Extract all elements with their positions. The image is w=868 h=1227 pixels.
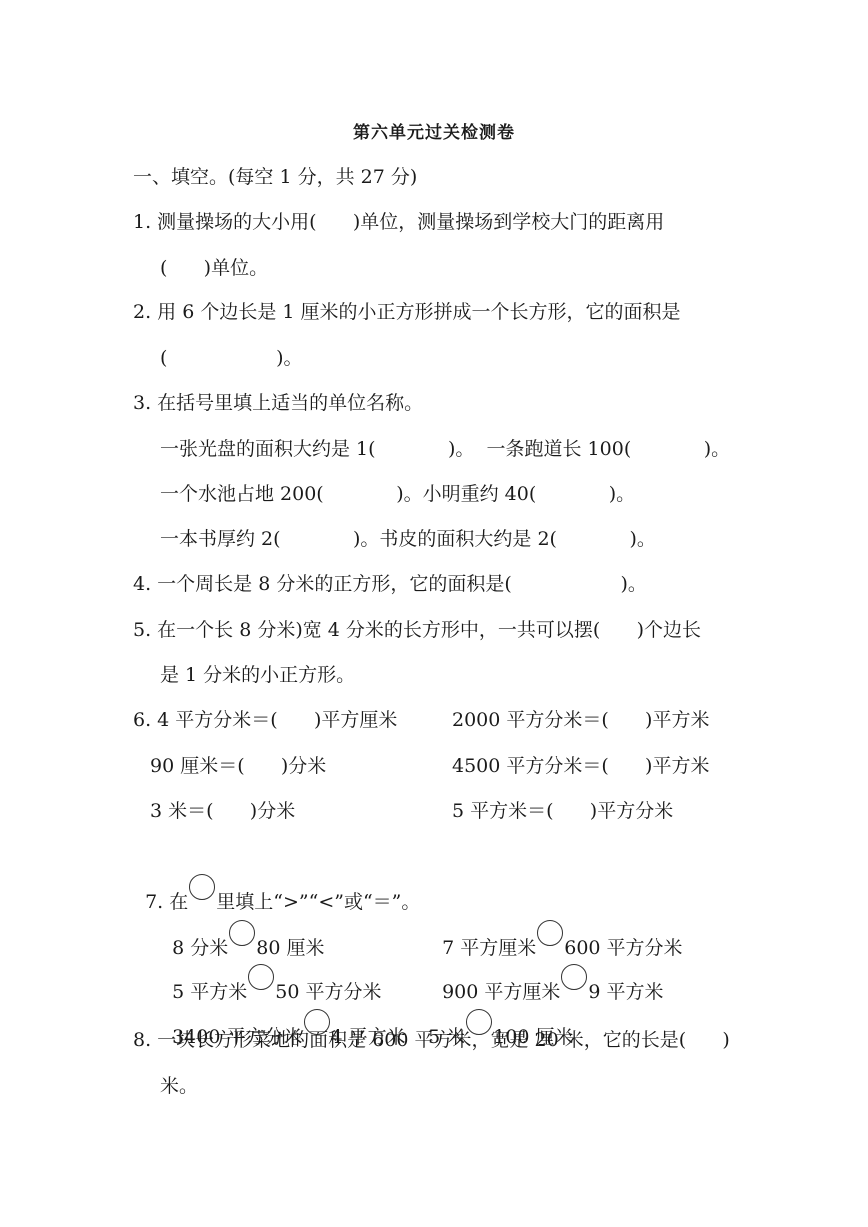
question-2-line-2: ( )。 [160,346,303,370]
page-title: 第六单元过关检测卷 [0,118,868,143]
question-4-line-1: 4. 一个周长是 8 分米的正方形，它的面积是( )。 [133,572,647,596]
question-8-line-2: 米。 [160,1074,198,1098]
question-6-row-3-left: 3 米＝( )分米 [150,799,295,823]
section-heading: 一、填空。(每空 1 分，共 27 分) [133,165,417,189]
question-6-row-2-right: 4500 平方分米＝( )平方米 [452,754,709,778]
question-3-line-1: 3. 在括号里填上适当的单位名称。 [133,391,423,415]
question-3-row-3: 一本书厚约 2( )。书皮的面积大约是 2( )。 [160,527,656,551]
question-5-line-2: 是 1 分米的小正方形。 [160,663,355,687]
comparison-right: 9 平方米 [588,981,663,1003]
question-1-line-1: 1. 测量操场的大小用( )单位，测量操场到学校大门的距离用 [133,210,664,234]
question-5-line-1: 5. 在一个长 8 分米)宽 4 分米的长方形中，一共可以摆( )个边长 [133,618,701,642]
question-3-row-1: 一张光盘的面积大约是 1( )。 一条跑道长 100( )。 [160,437,730,461]
question-6-row-1-left: 6. 4 平方分米＝( )平方厘米 [133,708,397,732]
question-8-line-1: 8. 一块长方形菜地的面积是 600 平方米，宽是 20 米，它的长是( ) [133,1028,730,1052]
question-1-line-2: ( )单位。 [160,256,268,280]
question-6-row-2-left: 90 厘米＝( )分米 [150,754,326,778]
question-6-row-3-right: 5 平方米＝( )平方分米 [452,799,673,823]
question-3-row-2: 一个水池占地 200( )。小明重约 40( )。 [160,482,635,506]
question-2-line-1: 2. 用 6 个边长是 1 厘米的小正方形拼成一个长方形，它的面积是 [133,300,681,324]
question-6-row-1-right: 2000 平方分米＝( )平方米 [452,708,709,732]
